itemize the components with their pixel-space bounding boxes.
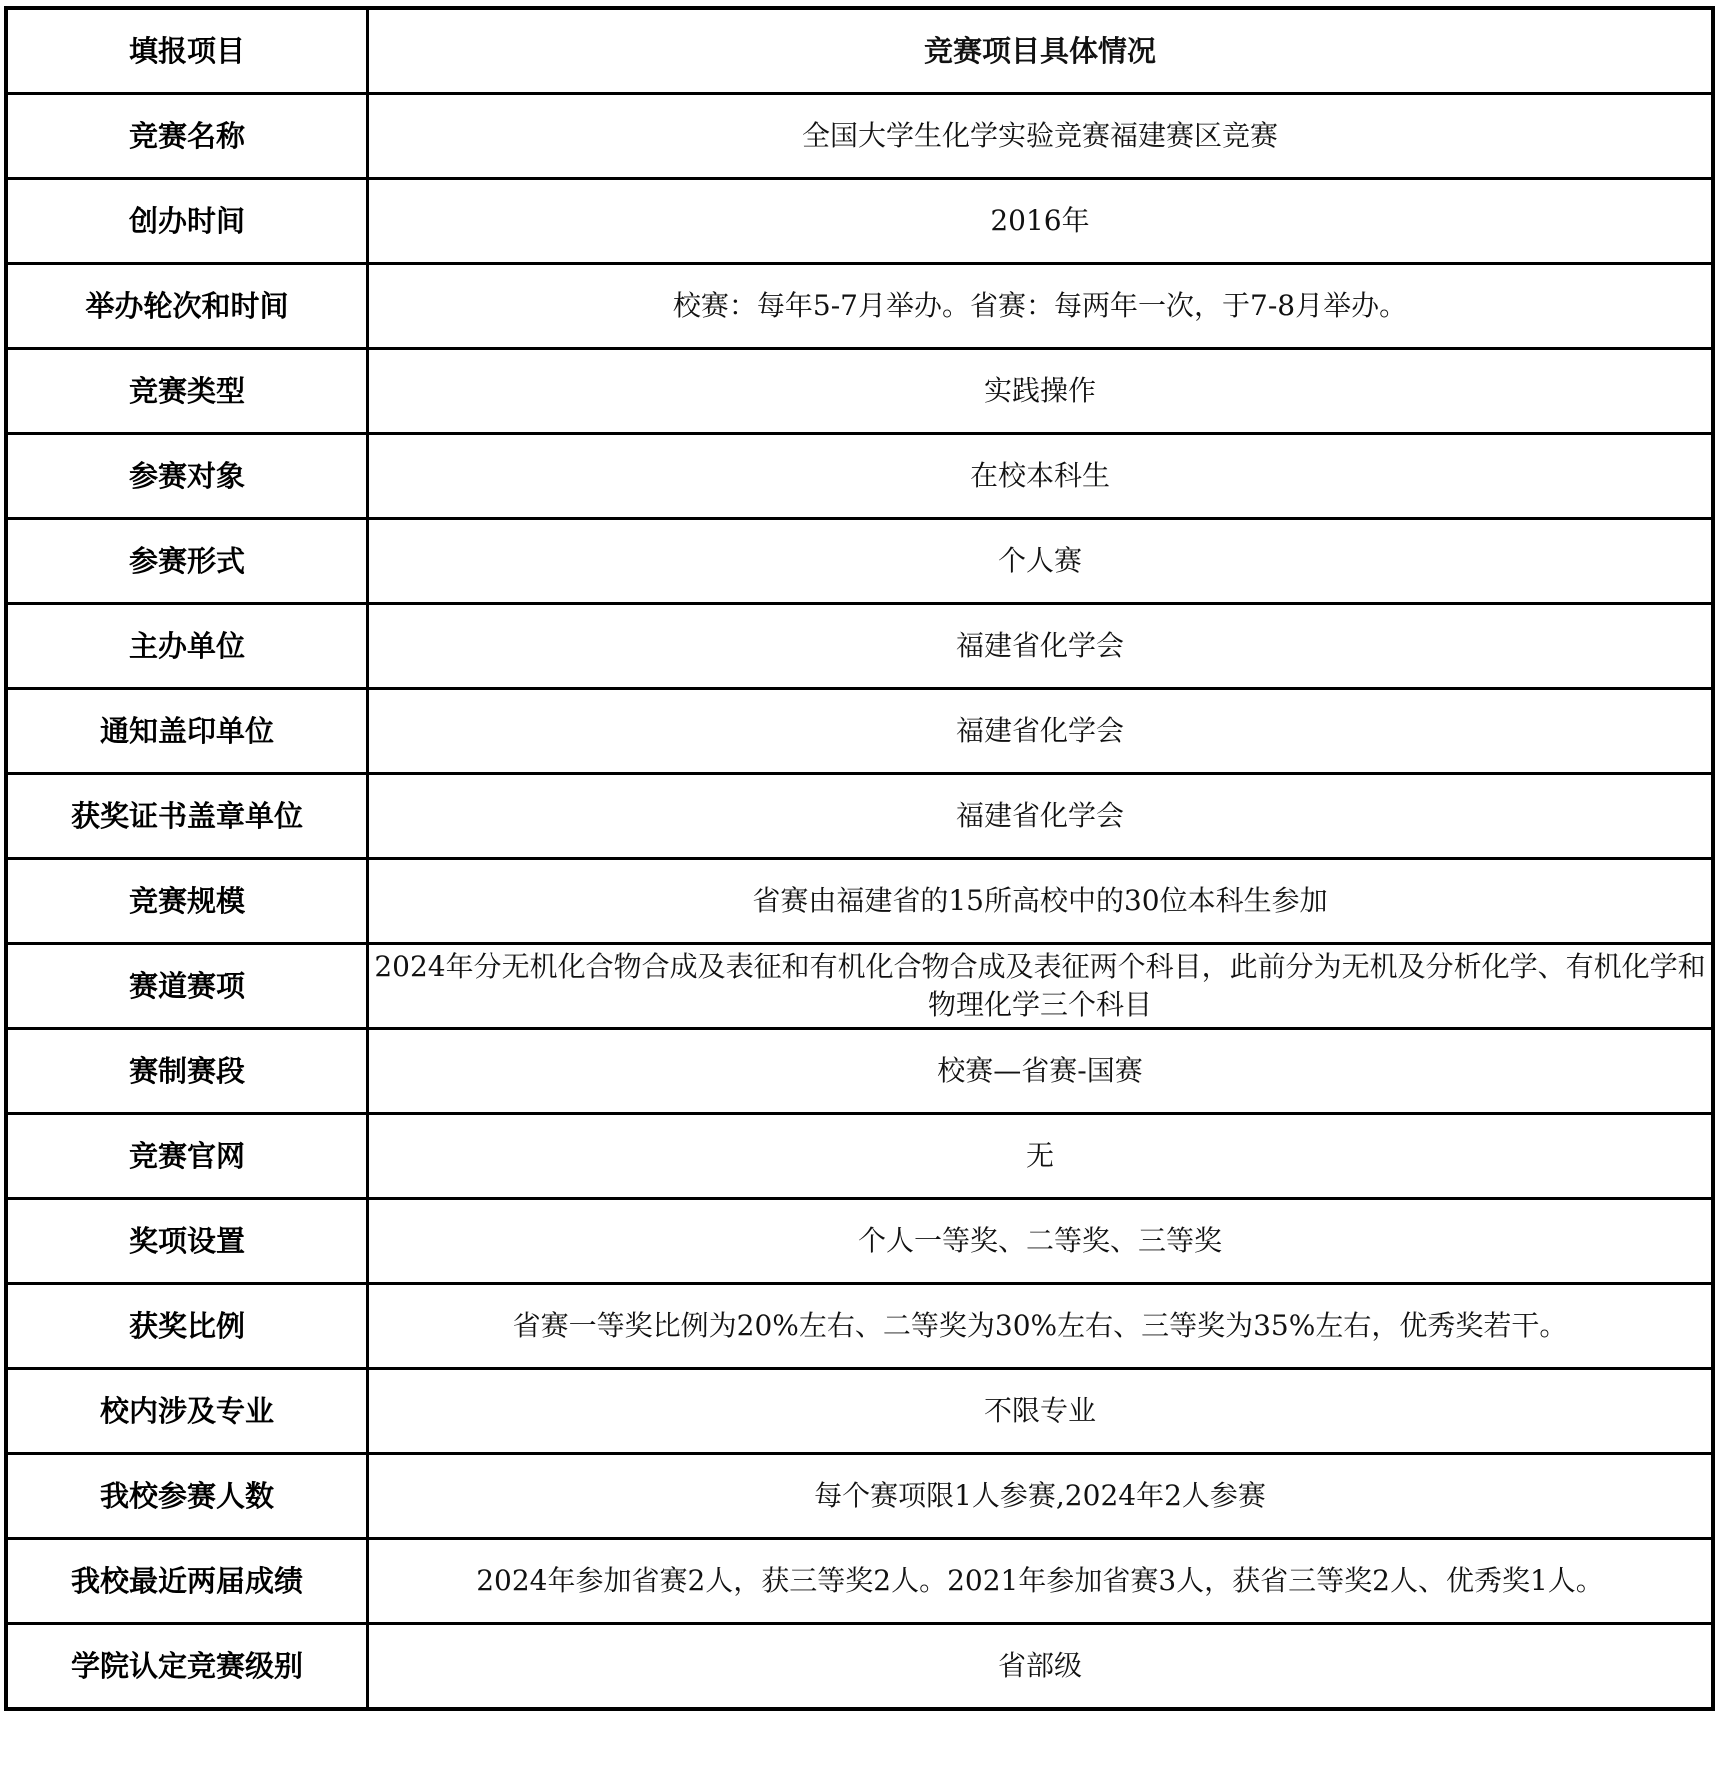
table-row-organizer: 主办单位 福建省化学会 (6, 604, 1713, 689)
row-value: 校赛—省赛-国赛 (368, 1029, 1714, 1114)
row-label: 校内涉及专业 (6, 1369, 368, 1454)
row-label: 奖项设置 (6, 1199, 368, 1284)
table-row-notice-seal: 通知盖印单位 福建省化学会 (6, 689, 1713, 774)
table-header-row: 填报项目 竞赛项目具体情况 (6, 8, 1713, 94)
row-value: 2016年 (368, 179, 1714, 264)
row-label: 竞赛官网 (6, 1114, 368, 1199)
table-row-tracks: 赛道赛项 2024年分无机化合物合成及表征和有机化合物合成及表征两个科目，此前分… (6, 944, 1713, 1029)
table-row-certificate-seal: 获奖证书盖章单位 福建省化学会 (6, 774, 1713, 859)
row-value: 省赛一等奖比例为20%左右、二等奖为30%左右、三等奖为35%左右，优秀奖若干。 (368, 1284, 1714, 1369)
row-label: 竞赛名称 (6, 94, 368, 179)
row-value: 不限专业 (368, 1369, 1714, 1454)
table-row-competition-type: 竞赛类型 实践操作 (6, 349, 1713, 434)
row-label: 获奖证书盖章单位 (6, 774, 368, 859)
row-label: 赛道赛项 (6, 944, 368, 1029)
row-value: 个人一等奖、二等奖、三等奖 (368, 1199, 1714, 1284)
row-label: 竞赛规模 (6, 859, 368, 944)
table-row-majors: 校内涉及专业 不限专业 (6, 1369, 1713, 1454)
table-row-founded: 创办时间 2016年 (6, 179, 1713, 264)
row-label: 主办单位 (6, 604, 368, 689)
table-row-school-participants: 我校参赛人数 每个赛项限1人参赛,2024年2人参赛 (6, 1454, 1713, 1539)
header-value-cell: 竞赛项目具体情况 (368, 8, 1714, 94)
row-label: 竞赛类型 (6, 349, 368, 434)
row-value: 福建省化学会 (368, 774, 1714, 859)
row-label: 参赛形式 (6, 519, 368, 604)
row-value: 校赛：每年5-7月举办。省赛：每两年一次，于7-8月举办。 (368, 264, 1714, 349)
row-label: 我校参赛人数 (6, 1454, 368, 1539)
row-label: 创办时间 (6, 179, 368, 264)
row-value: 福建省化学会 (368, 604, 1714, 689)
row-value: 全国大学生化学实验竞赛福建赛区竞赛 (368, 94, 1714, 179)
table-row-participants: 参赛对象 在校本科生 (6, 434, 1713, 519)
row-value: 在校本科生 (368, 434, 1714, 519)
row-value: 省部级 (368, 1624, 1714, 1710)
row-value: 每个赛项限1人参赛,2024年2人参赛 (368, 1454, 1714, 1539)
row-label: 我校最近两届成绩 (6, 1539, 368, 1624)
row-value: 个人赛 (368, 519, 1714, 604)
competition-info-table: 填报项目 竞赛项目具体情况 竞赛名称 全国大学生化学实验竞赛福建赛区竞赛 创办时… (4, 6, 1715, 1711)
row-value: 2024年参加省赛2人，获三等奖2人。2021年参加省赛3人，获省三等奖2人、优… (368, 1539, 1714, 1624)
row-value: 无 (368, 1114, 1714, 1199)
table-row-rounds-schedule: 举办轮次和时间 校赛：每年5-7月举办。省赛：每两年一次，于7-8月举办。 (6, 264, 1713, 349)
row-value: 实践操作 (368, 349, 1714, 434)
table-row-stages: 赛制赛段 校赛—省赛-国赛 (6, 1029, 1713, 1114)
table-row-format: 参赛形式 个人赛 (6, 519, 1713, 604)
row-value: 省赛由福建省的15所高校中的30位本科生参加 (368, 859, 1714, 944)
table-row-award-ratio: 获奖比例 省赛一等奖比例为20%左右、二等奖为30%左右、三等奖为35%左右，优… (6, 1284, 1713, 1369)
header-label-cell: 填报项目 (6, 8, 368, 94)
row-value: 2024年分无机化合物合成及表征和有机化合物合成及表征两个科目，此前分为无机及分… (368, 944, 1714, 1029)
row-label: 通知盖印单位 (6, 689, 368, 774)
row-value: 福建省化学会 (368, 689, 1714, 774)
row-label: 获奖比例 (6, 1284, 368, 1369)
row-label: 举办轮次和时间 (6, 264, 368, 349)
table-row-competition-name: 竞赛名称 全国大学生化学实验竞赛福建赛区竞赛 (6, 94, 1713, 179)
table-row-awards: 奖项设置 个人一等奖、二等奖、三等奖 (6, 1199, 1713, 1284)
row-label: 赛制赛段 (6, 1029, 368, 1114)
row-label: 学院认定竞赛级别 (6, 1624, 368, 1710)
table-row-level: 学院认定竞赛级别 省部级 (6, 1624, 1713, 1710)
table-row-recent-results: 我校最近两届成绩 2024年参加省赛2人，获三等奖2人。2021年参加省赛3人，… (6, 1539, 1713, 1624)
row-label: 参赛对象 (6, 434, 368, 519)
table-row-official-site: 竞赛官网 无 (6, 1114, 1713, 1199)
table-row-scale: 竞赛规模 省赛由福建省的15所高校中的30位本科生参加 (6, 859, 1713, 944)
